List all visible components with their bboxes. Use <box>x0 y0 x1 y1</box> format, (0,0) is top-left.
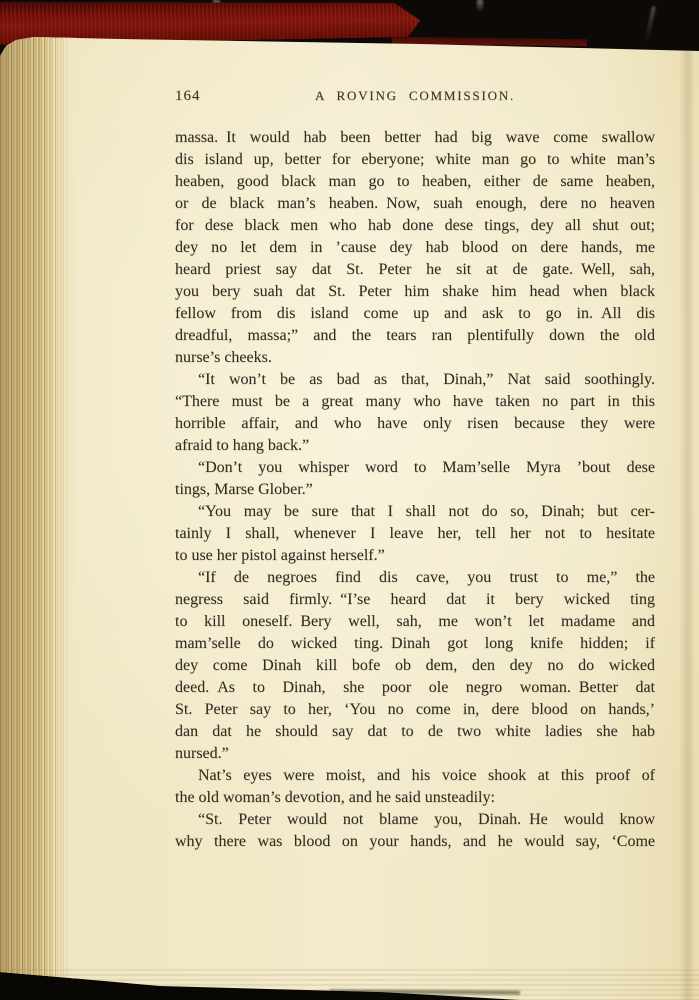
text-line: deed. As to Dinah, she poor ole negro wo… <box>175 677 655 699</box>
text-line: afraid to hang back.” <box>175 435 655 457</box>
text-line: heard priest say dat St. Peter he sit at… <box>175 259 655 281</box>
text-line: fellow from dis island come up and ask t… <box>175 303 655 325</box>
page-edge-fan <box>0 30 76 1000</box>
text-line: the old woman’s devotion, and he said un… <box>175 787 655 809</box>
text-line: massa. It would hab been better had big … <box>175 127 655 149</box>
text-line: for dese black men who hab done dese tin… <box>175 215 655 237</box>
text-line: heaben, good black man go to heaben, eit… <box>175 171 655 193</box>
text-line: you bery suah dat St. Peter him shake hi… <box>175 281 655 303</box>
text-line: or de black man’s heaben. Now, suah enou… <box>175 193 655 215</box>
text-line: dis island up, better for eberyone; whit… <box>175 149 655 171</box>
text-line: nursed.” <box>175 743 655 765</box>
text-line: to use her pistol against herself.” <box>175 545 655 567</box>
page-bottom-shadow <box>330 989 520 994</box>
backdrop-streak <box>644 6 656 44</box>
text-line: “It won’t be as bad as that, Dinah,” Nat… <box>175 369 655 391</box>
text-line: “You may be sure that I shall not do so,… <box>175 501 655 523</box>
text-line: dreadful, massa;” and the tears ran plen… <box>175 325 655 347</box>
text-line: nurse’s cheeks. <box>175 347 655 369</box>
page-header: 164 A ROVING COMMISSION. <box>175 88 655 110</box>
text-line: dey no let dem in ’cause dey hab blood o… <box>175 237 655 259</box>
backdrop-streak <box>477 0 483 12</box>
page-text: massa. It would hab been better had big … <box>175 127 655 853</box>
book-page: 164 A ROVING COMMISSION. massa. It would… <box>0 30 699 1000</box>
photo-background: { "book": { "page_number": "164", "runni… <box>0 0 699 1000</box>
text-line: tings, Marse Glober.” <box>175 479 655 501</box>
page-bottom-edges <box>0 966 699 1000</box>
text-line: “If de negroes find dis cave, you trust … <box>175 567 655 589</box>
text-line: “St. Peter would not blame you, Dinah. H… <box>175 809 655 831</box>
text-line: tainly I shall, whenever I leave her, te… <box>175 523 655 545</box>
text-line: “Don’t you whisper word to Mam’selle Myr… <box>175 457 655 479</box>
text-line: horrible affair, and who have only risen… <box>175 413 655 435</box>
text-line: dey come Dinah kill bofe ob dem, den dey… <box>175 655 655 677</box>
text-line: dan dat he should say dat to de two whit… <box>175 721 655 743</box>
text-line: why there was blood on your hands, and h… <box>175 831 655 853</box>
text-line: negress said firmly. “I’se heard dat it … <box>175 589 655 611</box>
text-line: to kill oneself. Bery well, sah, me won’… <box>175 611 655 633</box>
running-title: A ROVING COMMISSION. <box>175 88 655 104</box>
page-crease <box>679 30 695 1000</box>
text-line: mam’selle do wicked ting. Dinah got long… <box>175 633 655 655</box>
text-line: St. Peter say to her, ‘You no come in, d… <box>175 699 655 721</box>
text-line: Nat’s eyes were moist, and his voice sho… <box>175 765 655 787</box>
text-line: “There must be a great many who have tak… <box>175 391 655 413</box>
